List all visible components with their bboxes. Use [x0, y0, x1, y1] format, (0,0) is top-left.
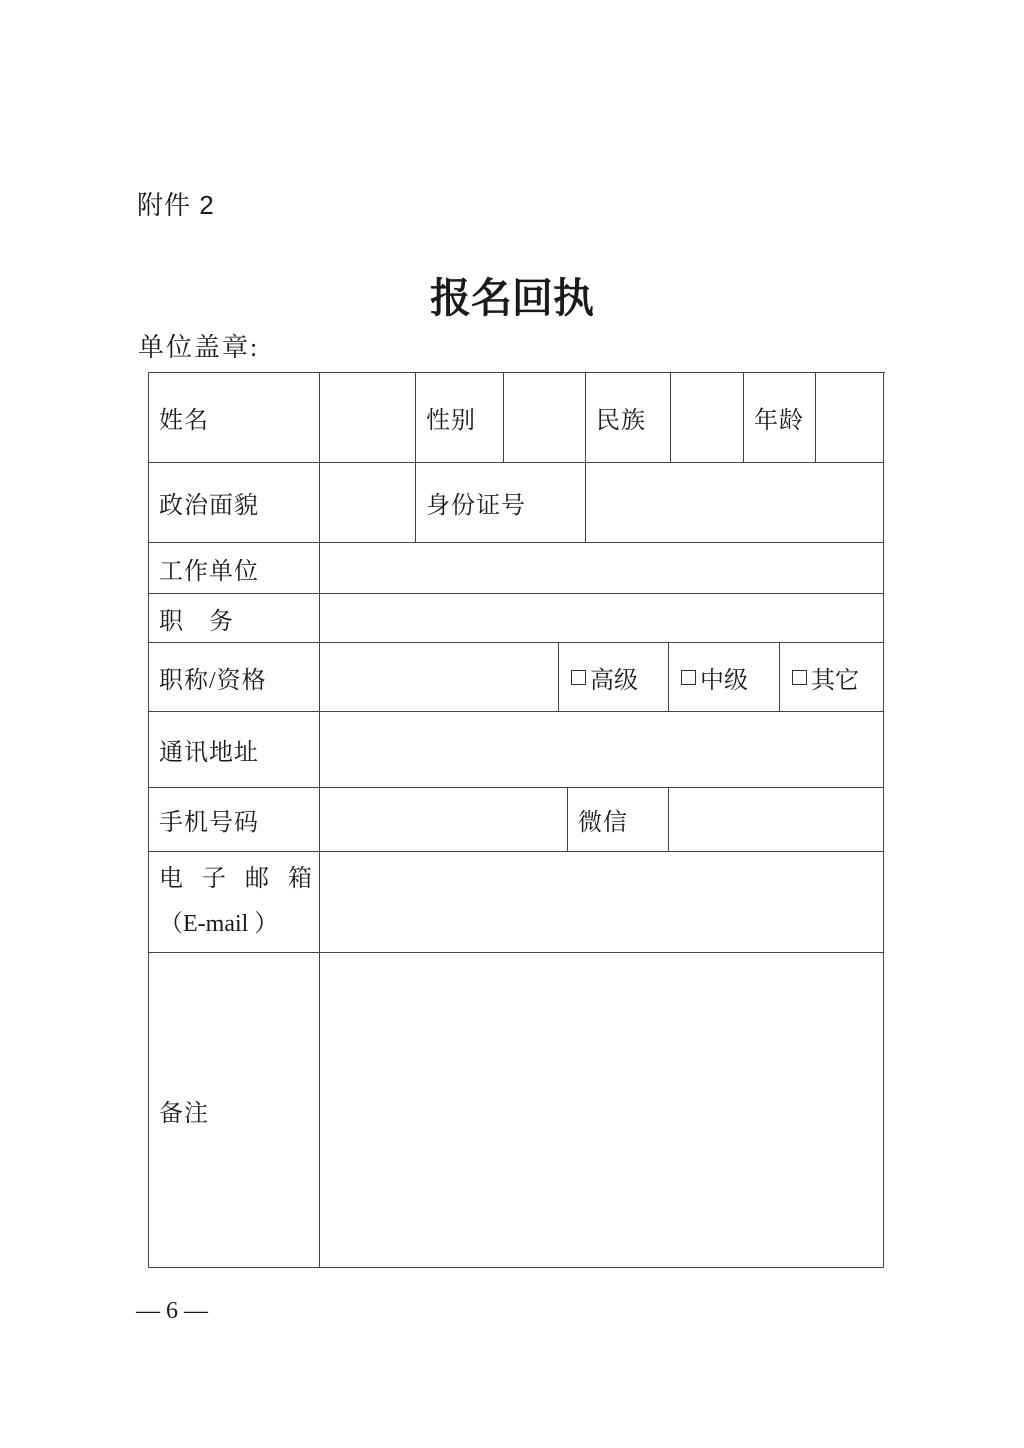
wechat-label-cell: 微信: [568, 788, 669, 852]
page-title: 报名回执: [0, 276, 1024, 320]
wechat-value-cell: [669, 788, 884, 852]
political-status-label-cell: 政治面貌: [149, 463, 320, 543]
page-number: — 6 —: [136, 1297, 208, 1325]
mobile-number-label: 手机号码: [159, 802, 259, 837]
ethnicity-label-cell: 民族: [586, 373, 671, 463]
age-label: 年龄: [754, 400, 804, 435]
age-value-cell: [816, 373, 884, 463]
gender-label-cell: 性别: [416, 373, 504, 463]
remarks-label-cell: 备注: [149, 953, 320, 1268]
seal-label: 单位盖章:: [138, 334, 259, 362]
title-qualification-label-cell: 职称/资格: [149, 643, 320, 712]
checkbox-icon: [792, 670, 807, 685]
id-number-value-cell: [586, 463, 884, 543]
id-number-label-cell: 身份证号: [416, 463, 586, 543]
senior-option-label: 高级: [590, 660, 638, 695]
id-number-label: 身份证号: [426, 485, 526, 520]
position-label-cell: 职 务: [149, 594, 320, 643]
gender-value-cell: [504, 373, 586, 463]
table-row: 备注: [149, 953, 885, 1268]
attachment-label: 附件 2: [137, 191, 215, 219]
other-option-cell: 其它: [780, 643, 884, 712]
work-unit-value-cell: [320, 543, 884, 594]
checkbox-icon: [571, 670, 586, 685]
email-value-cell: [320, 852, 884, 953]
document-page: 附件 2 报名回执 单位盖章: 姓名 性别 民族 年龄 政治面貌 身份证号 工作…: [0, 0, 1024, 1448]
position-label: 职 务: [159, 601, 234, 636]
name-value-cell: [320, 373, 416, 463]
mobile-number-label-cell: 手机号码: [149, 788, 320, 852]
checkbox-icon: [681, 670, 696, 685]
position-value-cell: [320, 594, 884, 643]
registration-form-table: 姓名 性别 民族 年龄 政治面貌 身份证号 工作单位 职 务 职: [148, 372, 885, 1268]
table-row: 姓名 性别 民族 年龄: [149, 373, 885, 463]
mailing-address-label-cell: 通讯地址: [149, 712, 320, 788]
title-qualification-value-cell: [320, 643, 559, 712]
remarks-label: 备注: [159, 1093, 209, 1128]
table-row: 电 子 邮 箱 （E-mail ）: [149, 852, 885, 953]
ethnicity-label: 民族: [596, 400, 646, 435]
name-label: 姓名: [159, 400, 209, 435]
table-row: 职称/资格 高级 中级 其它: [149, 643, 885, 712]
senior-option-cell: 高级: [559, 643, 669, 712]
email-label-cn: 电 子 邮 箱: [159, 857, 313, 902]
mailing-address-value-cell: [320, 712, 884, 788]
work-unit-label-cell: 工作单位: [149, 543, 320, 594]
work-unit-label: 工作单位: [159, 551, 259, 586]
ethnicity-value-cell: [671, 373, 744, 463]
other-option-label: 其它: [811, 660, 859, 695]
table-row: 工作单位: [149, 543, 885, 594]
wechat-label: 微信: [578, 802, 628, 837]
gender-label: 性别: [426, 400, 476, 435]
middle-option-cell: 中级: [669, 643, 780, 712]
table-row: 手机号码 微信: [149, 788, 885, 852]
table-row: 政治面貌 身份证号: [149, 463, 885, 543]
middle-option-label: 中级: [700, 660, 748, 695]
remarks-value-cell: [320, 953, 884, 1268]
mailing-address-label: 通讯地址: [159, 732, 259, 767]
political-status-value-cell: [320, 463, 416, 543]
table-row: 职 务: [149, 594, 885, 643]
email-label-en: （E-mail ）: [159, 902, 278, 947]
table-row: 通讯地址: [149, 712, 885, 788]
email-label-cell: 电 子 邮 箱 （E-mail ）: [149, 852, 320, 953]
political-status-label: 政治面貌: [159, 485, 259, 520]
title-qualification-label: 职称/资格: [159, 660, 267, 695]
mobile-number-value-cell: [320, 788, 568, 852]
name-label-cell: 姓名: [149, 373, 320, 463]
age-label-cell: 年龄: [744, 373, 816, 463]
